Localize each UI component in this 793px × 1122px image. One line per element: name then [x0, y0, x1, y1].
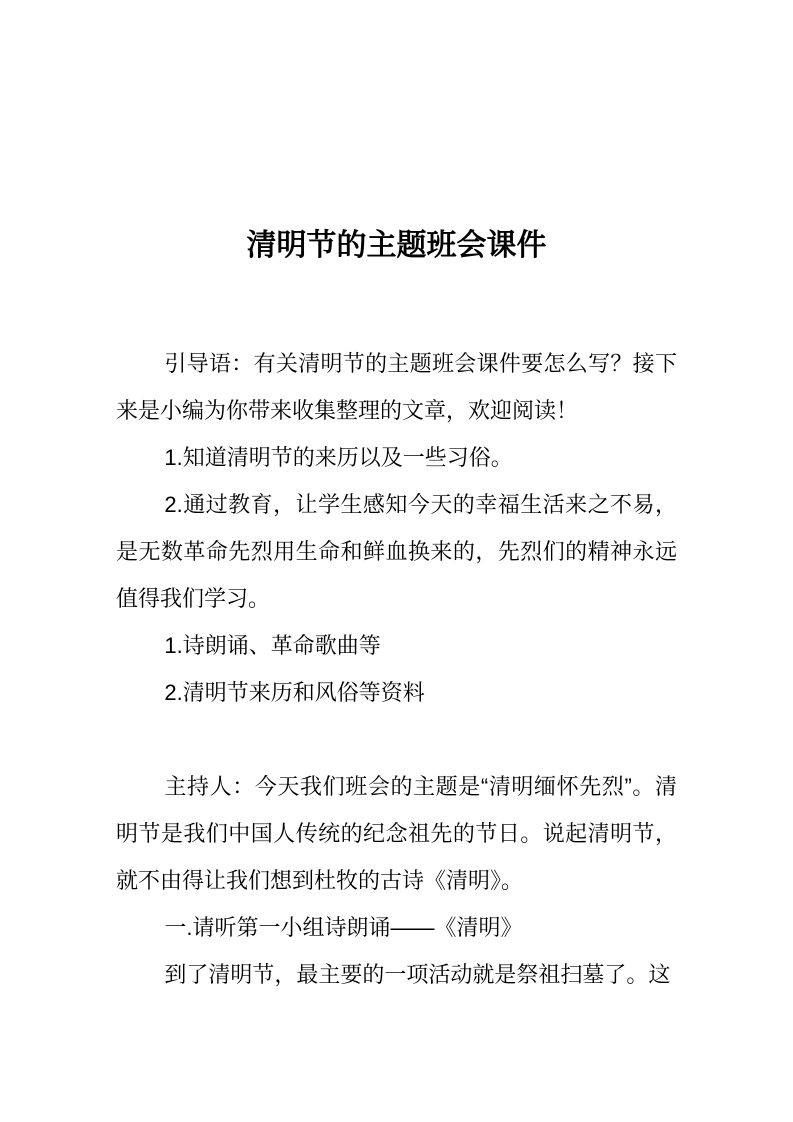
- document-title: 清明节的主题班会课件: [116, 224, 677, 268]
- paragraph-host-opening: 主持人：今天我们班会的主题是“清明缅怀先烈”。清明节是我们中国人传统的纪念祖先的…: [116, 763, 677, 904]
- paragraph-intro: 引导语：有关清明节的主题班会课件要怎么写？接下来是小编为你带来收集整理的文章，欢…: [116, 340, 677, 434]
- paragraph-preparation-2: 2.清明节来历和风俗等资料: [116, 669, 677, 716]
- document-body: 引导语：有关清明节的主题班会课件要怎么写？接下来是小编为你带来收集整理的文章，欢…: [116, 340, 677, 998]
- paragraph-preparation-1: 1.诗朗诵、革命歌曲等: [116, 622, 677, 669]
- paragraph-qingming-activity: 到了清明节，最主要的一项活动就是祭祖扫墓了。这: [116, 951, 677, 998]
- document-page: 清明节的主题班会课件 引导语：有关清明节的主题班会课件要怎么写？接下来是小编为你…: [0, 0, 793, 1122]
- paragraph-section-one: 一.请听第一小组诗朗诵——《清明》: [116, 904, 677, 951]
- paragraph-objective-1: 1.知道清明节的来历以及一些习俗。: [116, 434, 677, 481]
- paragraph-objective-2: 2.通过教育，让学生感知今天的幸福生活来之不易，是无数革命先烈用生命和鲜血换来的…: [116, 481, 677, 622]
